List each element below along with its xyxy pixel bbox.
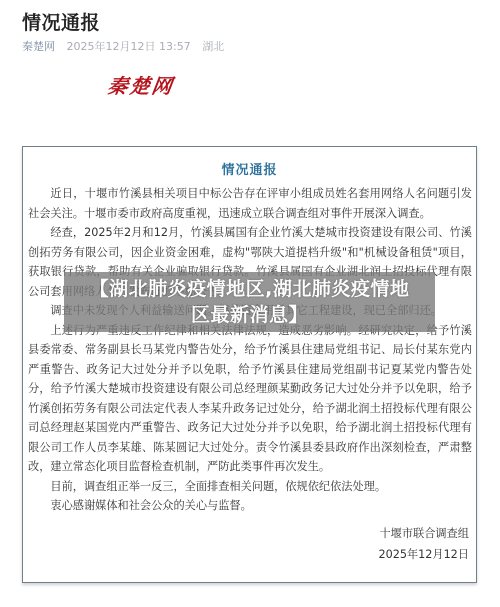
notice-paragraph: 衷心感谢媒体和社会公众的关心与监督。 [28, 496, 472, 516]
signature-date: 2025年12月12日 [378, 544, 469, 565]
region-label: 湖北 [202, 40, 224, 53]
notice-heading: 情况通报 [23, 159, 476, 178]
signature-org: 十堰市联合调查组 [378, 523, 469, 544]
page-title: 情况通报 [22, 8, 100, 35]
notice-body: 近日，十堰市竹溪县相关项目中标公告存在评审小组成员姓名套用网络人名问题引发社会关… [28, 184, 472, 516]
source-link[interactable]: 秦楚网 [22, 40, 55, 53]
notice-paragraph: 近日，十堰市竹溪县相关项目中标公告存在评审小组成员姓名套用网络人名问题引发社会关… [28, 184, 472, 223]
site-logo: 秦楚网 [106, 70, 176, 99]
notice-image: 情况通报 近日，十堰市竹溪县相关项目中标公告存在评审小组成员姓名套用网络人名问题… [22, 146, 477, 583]
notice-paragraph: 上述行为严重违反工作纪律和相关法律法规，造成恶劣影响。经研究决定，给予竹溪县委常… [28, 321, 472, 477]
notice-paragraph: 目前，调查组正举一反三，全面排查相关问题，依规依纪依法处理。 [28, 477, 472, 497]
overlay-line-2: 区最新消息】 [64, 302, 435, 328]
headline-overlay: 【湖北肺炎疫情地区,湖北肺炎疫情地 区最新消息】 [64, 272, 435, 332]
overlay-line-1: 【湖北肺炎疫情地区,湖北肺炎疫情地 [64, 276, 435, 302]
notice-signature: 十堰市联合调查组 2025年12月12日 [378, 523, 469, 565]
publish-time: 2025年12月12日 13:57 [67, 40, 191, 53]
article-meta: 秦楚网 2025年12月12日 13:57 湖北 [22, 38, 224, 54]
